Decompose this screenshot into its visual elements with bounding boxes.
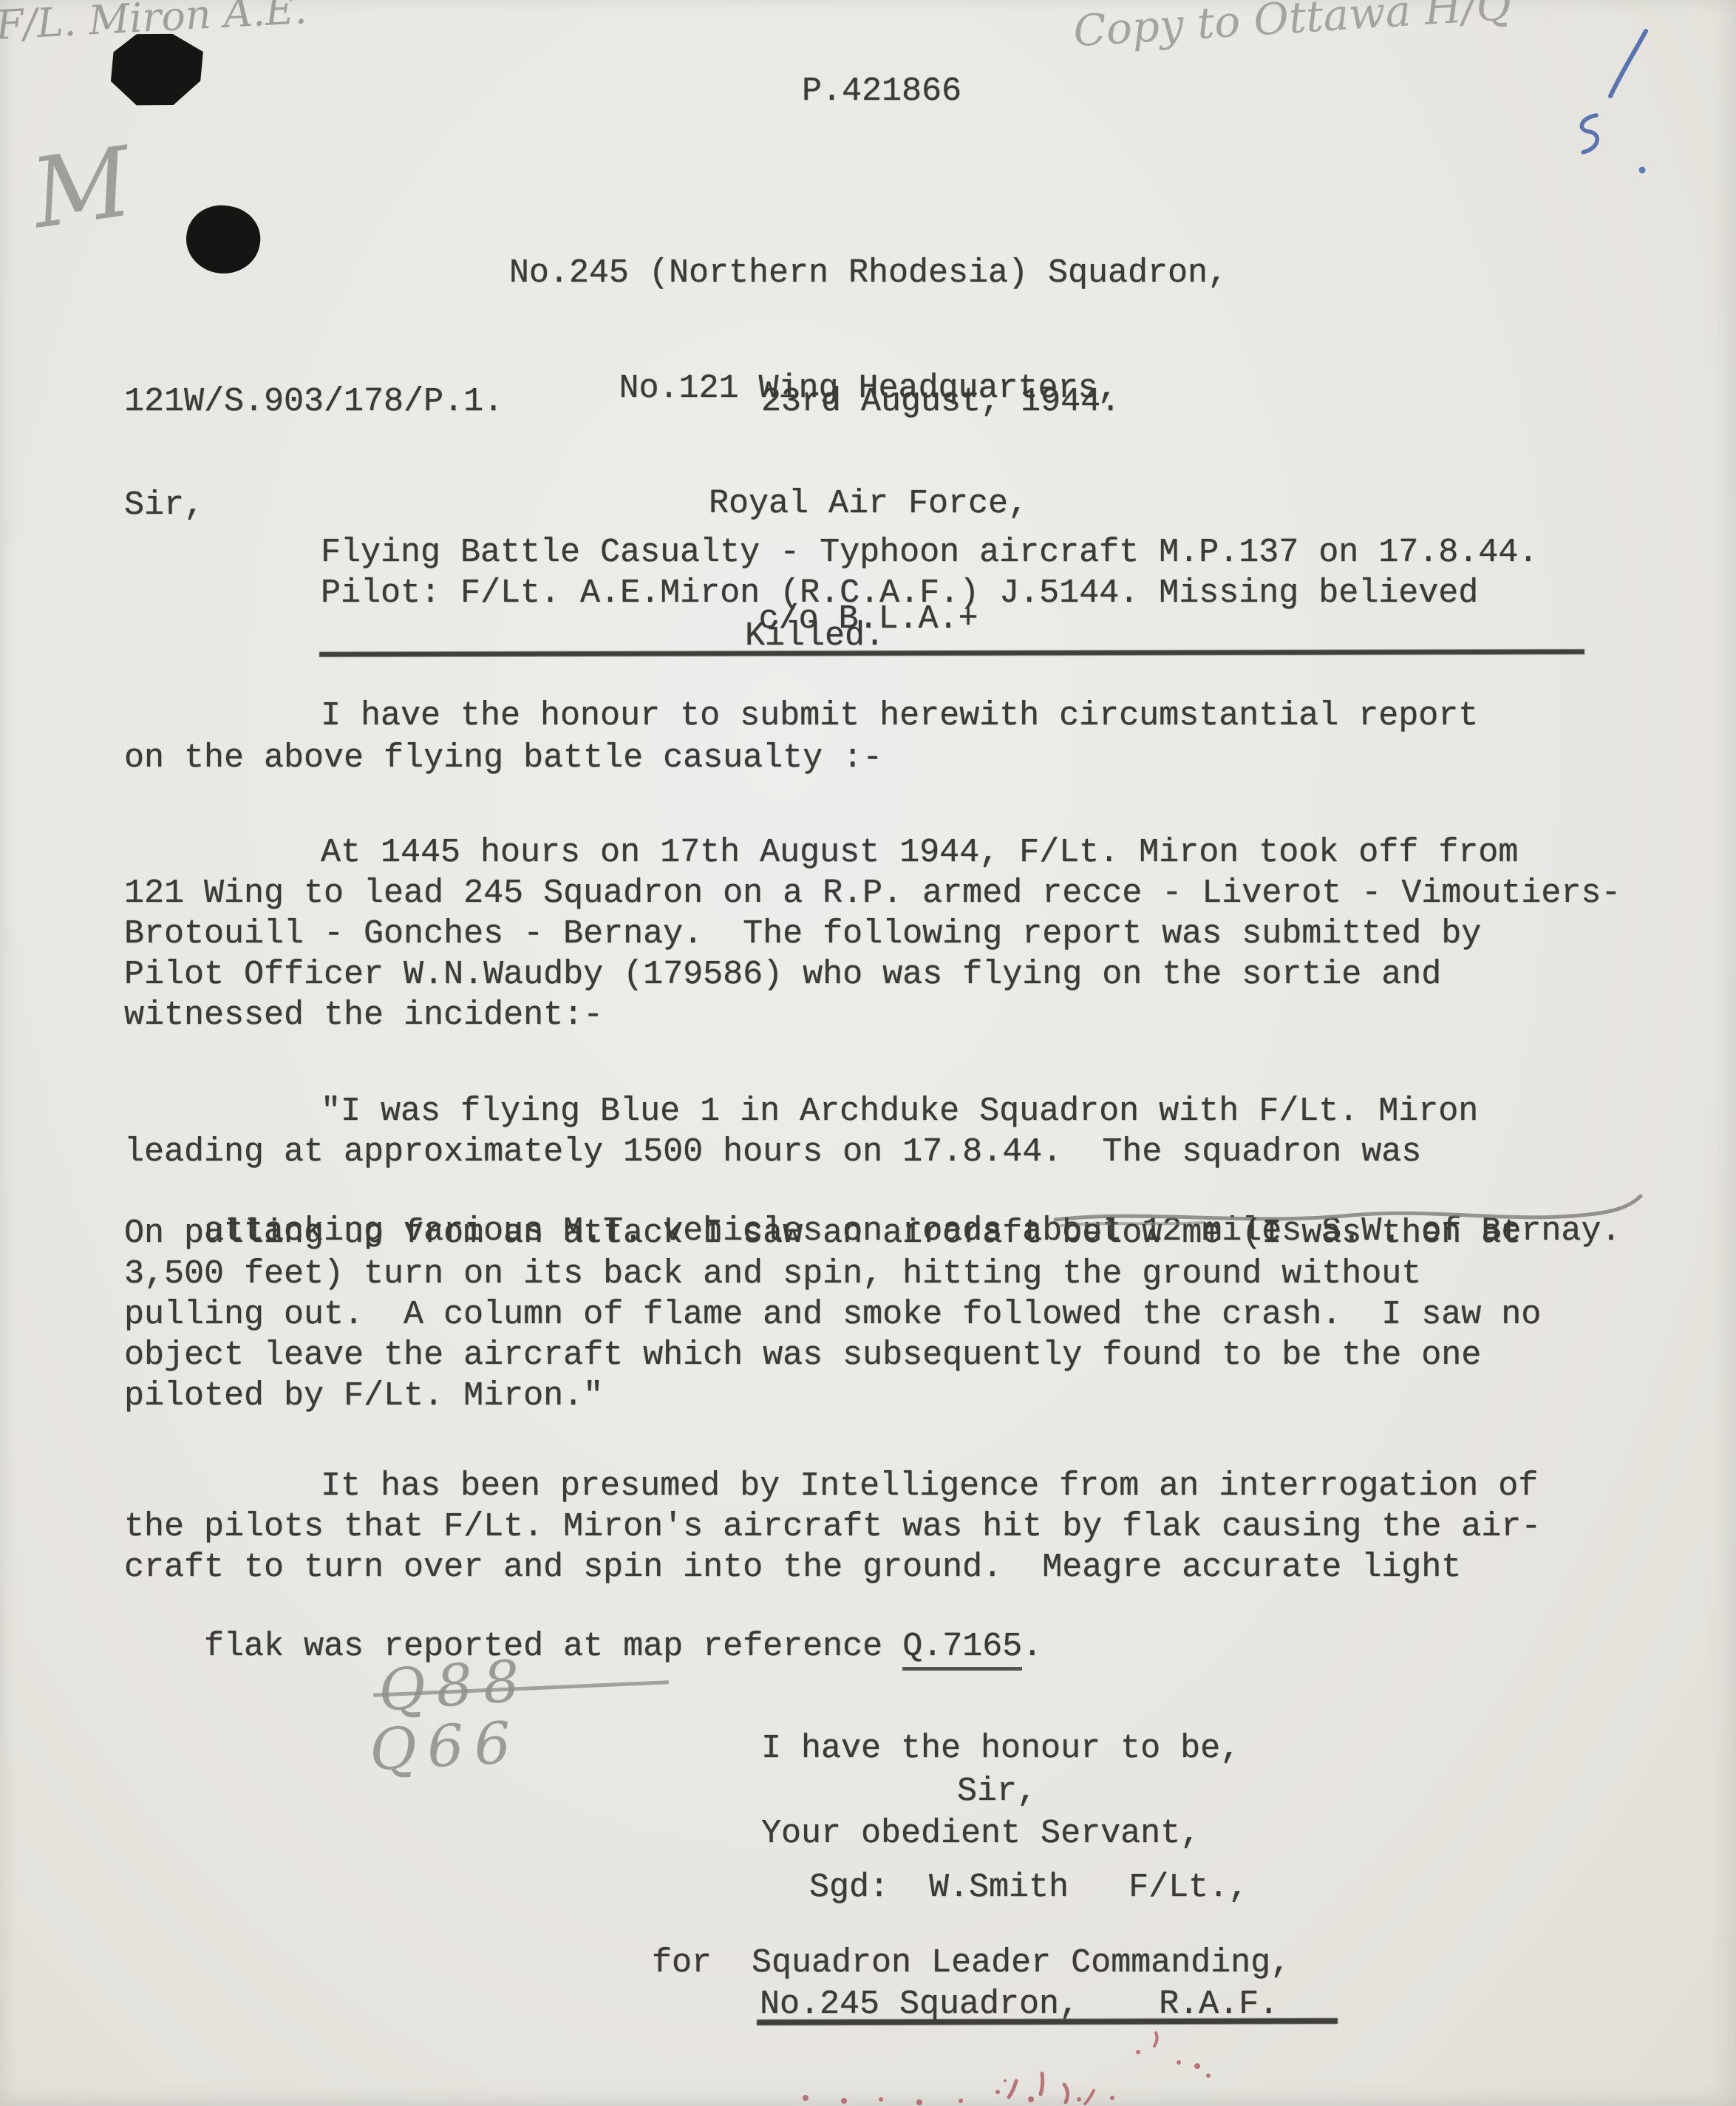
- body-line: pulling out. A column of flame and smoke…: [124, 1296, 1541, 1334]
- red-stamp-remnant: [739, 2011, 1552, 2106]
- closing-line: I have the honour to be,: [761, 1730, 1240, 1768]
- subject-line-2: Pilot: F/Lt. A.E.Miron (R.C.A.F.) J.5144…: [321, 574, 1478, 613]
- body-line: Pilot Officer W.N.Waudby (179586) who wa…: [124, 956, 1441, 994]
- blue-pen-squiggle: [1567, 111, 1611, 163]
- file-number: P.421866: [802, 72, 961, 111]
- body-line: craft to turn over and spin into the gro…: [124, 1549, 1461, 1587]
- signatory-for-line: for Squadron Leader Commanding,: [652, 1944, 1290, 1983]
- body-line: At 1445 hours on 17th August 1944, F/Lt.…: [321, 834, 1518, 872]
- body-line: object leave the aircraft which was subs…: [124, 1336, 1481, 1375]
- body-line: on the above flying battle casualty :-: [124, 739, 882, 778]
- body-line: On pulling up from an attack I saw an ai…: [124, 1215, 1521, 1253]
- handwritten-q66: Q66: [368, 1710, 523, 1784]
- subject-line-3: Killed.: [745, 617, 885, 656]
- document-page: F/L. Miron A.E. Copy to Ottawa H/Q M P.4…: [0, 0, 1736, 2106]
- salutation: Sir,: [124, 486, 204, 525]
- body-line: It has been presumed by Intelligence fro…: [321, 1467, 1538, 1506]
- body-line: piloted by F/Lt. Miron.": [124, 1377, 603, 1416]
- letter-date: 23rd August, 1944.: [761, 383, 1120, 421]
- body-line: "I was flying Blue 1 in Archduke Squadro…: [321, 1093, 1478, 1131]
- body-line-segment: flak was reported at map reference: [204, 1628, 902, 1665]
- body-line-segment: .: [1022, 1628, 1042, 1665]
- signature-line: Sgd: W.Smith F/Lt.,: [809, 1869, 1248, 1907]
- closing-line: Sir,: [957, 1773, 1037, 1811]
- closing-line: Your obedient Servant,: [761, 1815, 1200, 1853]
- map-ref-underlined: Q.7165: [902, 1628, 1022, 1671]
- body-line: 3,500 feet) turn on its back and spin, h…: [124, 1255, 1421, 1294]
- body-line: 121 Wing to lead 245 Squadron on a R.P. …: [124, 874, 1621, 913]
- handwritten-copy-note: Copy to Ottawa H/Q: [1072, 0, 1512, 56]
- body-line: I have the honour to submit herewith cir…: [321, 697, 1478, 736]
- letterhead-line-squadron: No.245 (Northern Rhodesia) Squadron,: [399, 254, 1338, 293]
- handwritten-initial: M: [25, 125, 138, 250]
- body-line: witnessed the incident:-: [124, 996, 603, 1035]
- hole-punch-lower: [181, 200, 265, 279]
- body-line: the pilots that F/Lt. Miron's aircraft w…: [124, 1508, 1541, 1546]
- letterhead-line-raf: Royal Air Force,: [399, 485, 1338, 523]
- reference-number: 121W/S.903/178/P.1.: [124, 383, 503, 421]
- subject-line-1: Flying Battle Casualty - Typhoon aircraf…: [321, 534, 1538, 572]
- body-line: Brotouill - Gonches - Bernay. The follow…: [124, 915, 1481, 954]
- blue-pen-dot: [1635, 163, 1650, 177]
- blue-pen-slash: [1600, 28, 1659, 102]
- body-line: leading at approximately 1500 hours on 1…: [124, 1133, 1421, 1172]
